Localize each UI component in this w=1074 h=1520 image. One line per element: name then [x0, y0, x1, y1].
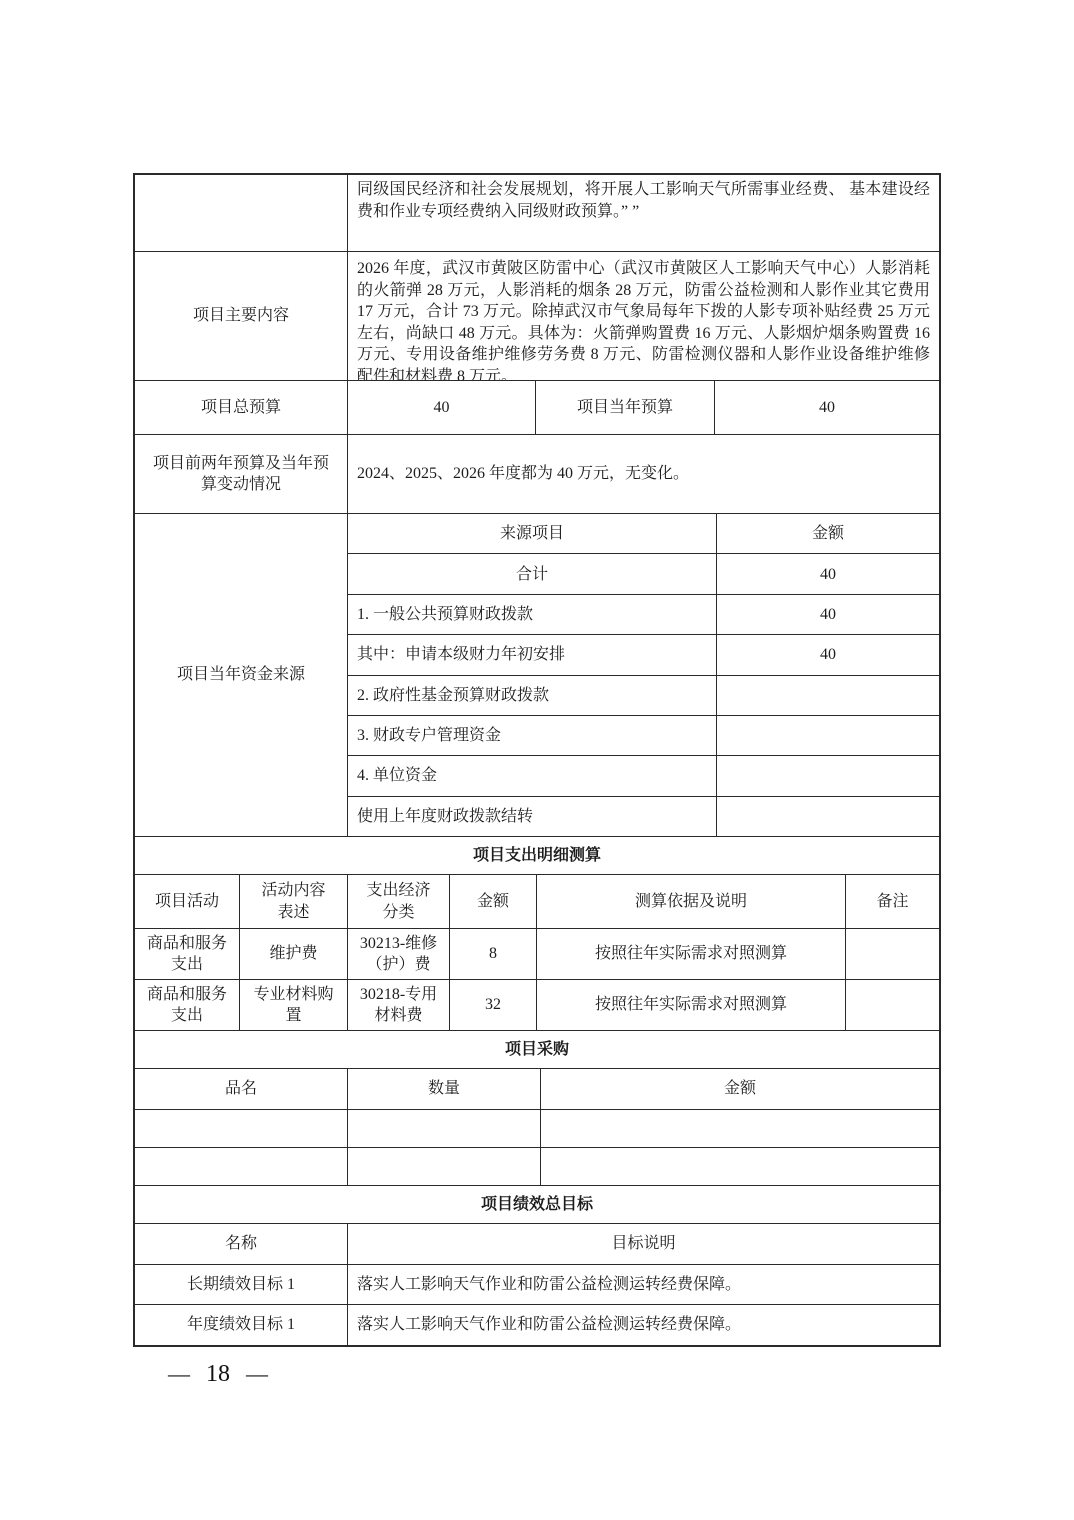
current-year-budget-label: 项目当年预算: [536, 381, 715, 434]
footer-dash-right: —: [246, 1361, 268, 1387]
goal-desc: 落实人工影响天气作业和防雷公益检测运转经费保障。: [348, 1265, 939, 1304]
row-spending-title: 项目支出明细测算: [135, 837, 939, 875]
funding-row-label: 其中：申请本级财力年初安排: [348, 635, 717, 674]
spending-desc: 专业材料购 置: [240, 980, 348, 1030]
funding-row-label: 3. 财政专户管理资金: [348, 716, 717, 755]
goal-desc: 落实人工影响天气作业和防雷公益检测运转经费保障。: [348, 1305, 939, 1345]
spending-activity: 商品和服务 支出: [135, 929, 240, 979]
spending-category: 30218-专用 材料费: [348, 980, 450, 1030]
spending-section-title: 项目支出明细测算: [135, 837, 939, 874]
purchase-qty: [348, 1110, 541, 1147]
page-number: 18: [206, 1361, 230, 1388]
purchase-amount: [541, 1110, 939, 1147]
spending-header-basis: 测算依据及说明: [537, 875, 846, 928]
purchase-name: [135, 1148, 348, 1185]
funding-row-of-which: 其中：申请本级财力年初安排 40: [348, 635, 939, 675]
spending-category: 30213-维修 （护）费: [348, 929, 450, 979]
purchase-empty-row: [135, 1148, 939, 1186]
main-content-label: 项目主要内容: [135, 252, 348, 380]
row-budget-totals: 项目总预算 40 项目当年预算 40: [135, 381, 939, 435]
continuation-text-cell: 同级国民经济和社会发展规划，将开展人工影响天气所需事业经费、 基本建设经费和作业…: [348, 175, 939, 251]
funding-row-label: 使用上年度财政拨款结转: [348, 797, 717, 836]
funding-row-amount: [717, 756, 939, 795]
purchase-amount: [541, 1148, 939, 1185]
funding-row-amount: [717, 716, 939, 755]
purchase-header-row: 品名 数量 金额: [135, 1069, 939, 1110]
row-funding-sources: 项目当年资金来源 来源项目 金额 合计 40 1. 一般公共预算财政拨款 40 …: [135, 514, 939, 837]
document-page: { "document": { "continuation": { "text"…: [0, 0, 1074, 1520]
row-goals-title: 项目绩效总目标: [135, 1186, 939, 1224]
funding-row-amount: [717, 676, 939, 715]
spending-header-desc: 活动内容 表述: [240, 875, 348, 928]
purchase-header-qty: 数量: [348, 1069, 541, 1109]
total-budget-label: 项目总预算: [135, 381, 348, 434]
funding-row-unit-funds: 4. 单位资金: [348, 756, 939, 796]
purchase-empty-row: [135, 1110, 939, 1148]
row-prior-budget: 项目前两年预算及当年预 算变动情况 2024、2025、2026 年度都为 40…: [135, 435, 939, 514]
page-footer: — 18 —: [168, 1358, 268, 1390]
spending-basis: 按照往年实际需求对照测算: [537, 980, 846, 1030]
current-year-budget-value: 40: [715, 381, 939, 434]
row-purchase-title: 项目采购: [135, 1031, 939, 1069]
purchase-qty: [348, 1148, 541, 1185]
spending-data-row: 商品和服务 支出 维护费 30213-维修 （护）费 8 按照往年实际需求对照测…: [135, 929, 939, 980]
spending-header-note: 备注: [846, 875, 939, 928]
spending-header-activity: 项目活动: [135, 875, 240, 928]
prior-budget-label: 项目前两年预算及当年预 算变动情况: [135, 435, 348, 513]
main-content-text: 2026 年度，武汉市黄陂区防雷中心（武汉市黄陂区人工影响天气中心）人影消耗的火…: [348, 252, 939, 380]
funding-row-label: 2. 政府性基金预算财政拨款: [348, 676, 717, 715]
funding-row-fiscal-account: 3. 财政专户管理资金: [348, 716, 939, 756]
spending-basis: 按照往年实际需求对照测算: [537, 929, 846, 979]
spending-header-row: 项目活动 活动内容 表述 支出经济 分类 金额 测算依据及说明 备注: [135, 875, 939, 929]
footer-dash-left: —: [168, 1361, 190, 1387]
purchase-header-name: 品名: [135, 1069, 348, 1109]
funding-row-label: 4. 单位资金: [348, 756, 717, 795]
funding-row-general-public: 1. 一般公共预算财政拨款 40: [348, 595, 939, 635]
goal-name: 长期绩效目标 1: [135, 1265, 348, 1304]
funding-row-amount: [717, 797, 939, 836]
spending-header-amount: 金额: [450, 875, 537, 928]
spending-data-row: 商品和服务 支出 专业材料购 置 30218-专用 材料费 32 按照往年实际需…: [135, 980, 939, 1031]
prior-budget-text: 2024、2025、2026 年度都为 40 万元，无变化。: [348, 435, 939, 513]
goal-row-longterm: 长期绩效目标 1 落实人工影响天气作业和防雷公益检测运转经费保障。: [135, 1265, 939, 1305]
budget-detail-table: 同级国民经济和社会发展规划，将开展人工影响天气所需事业经费、 基本建设经费和作业…: [133, 173, 941, 1347]
total-budget-value: 40: [348, 381, 536, 434]
funding-row-label: 合计: [348, 554, 717, 593]
funding-row-amount: 40: [717, 635, 939, 674]
funding-row-amount: 40: [717, 554, 939, 593]
funding-row-gov-fund: 2. 政府性基金预算财政拨款: [348, 676, 939, 716]
spending-amount: 8: [450, 929, 537, 979]
goals-header-row: 名称 目标说明: [135, 1224, 939, 1265]
funding-amount-header: 金额: [717, 514, 939, 553]
spending-amount: 32: [450, 980, 537, 1030]
goal-row-annual: 年度绩效目标 1 落实人工影响天气作业和防雷公益检测运转经费保障。: [135, 1305, 939, 1345]
spending-header-category: 支出经济 分类: [348, 875, 450, 928]
goals-header-name: 名称: [135, 1224, 348, 1264]
spending-note: [846, 929, 939, 979]
spending-desc: 维护费: [240, 929, 348, 979]
goal-name: 年度绩效目标 1: [135, 1305, 348, 1345]
spending-activity: 商品和服务 支出: [135, 980, 240, 1030]
row-main-content: 项目主要内容 2026 年度，武汉市黄陂区防雷中心（武汉市黄陂区人工影响天气中心…: [135, 252, 939, 381]
funding-header-row: 来源项目 金额: [348, 514, 939, 554]
spending-note: [846, 980, 939, 1030]
goals-header-desc: 目标说明: [348, 1224, 939, 1264]
funding-row-total: 合计 40: [348, 554, 939, 594]
continuation-label-cell: [135, 175, 348, 251]
funding-row-carryover: 使用上年度财政拨款结转: [348, 797, 939, 836]
funding-subtable: 来源项目 金额 合计 40 1. 一般公共预算财政拨款 40 其中：申请本级财力…: [348, 514, 939, 836]
row-continuation: 同级国民经济和社会发展规划，将开展人工影响天气所需事业经费、 基本建设经费和作业…: [135, 175, 939, 252]
purchase-name: [135, 1110, 348, 1147]
funding-row-amount: 40: [717, 595, 939, 634]
funding-section-label: 项目当年资金来源: [135, 514, 348, 836]
goals-section-title: 项目绩效总目标: [135, 1186, 939, 1223]
purchase-header-amount: 金额: [541, 1069, 939, 1109]
purchase-section-title: 项目采购: [135, 1031, 939, 1068]
funding-row-label: 1. 一般公共预算财政拨款: [348, 595, 717, 634]
funding-source-header: 来源项目: [348, 514, 717, 553]
